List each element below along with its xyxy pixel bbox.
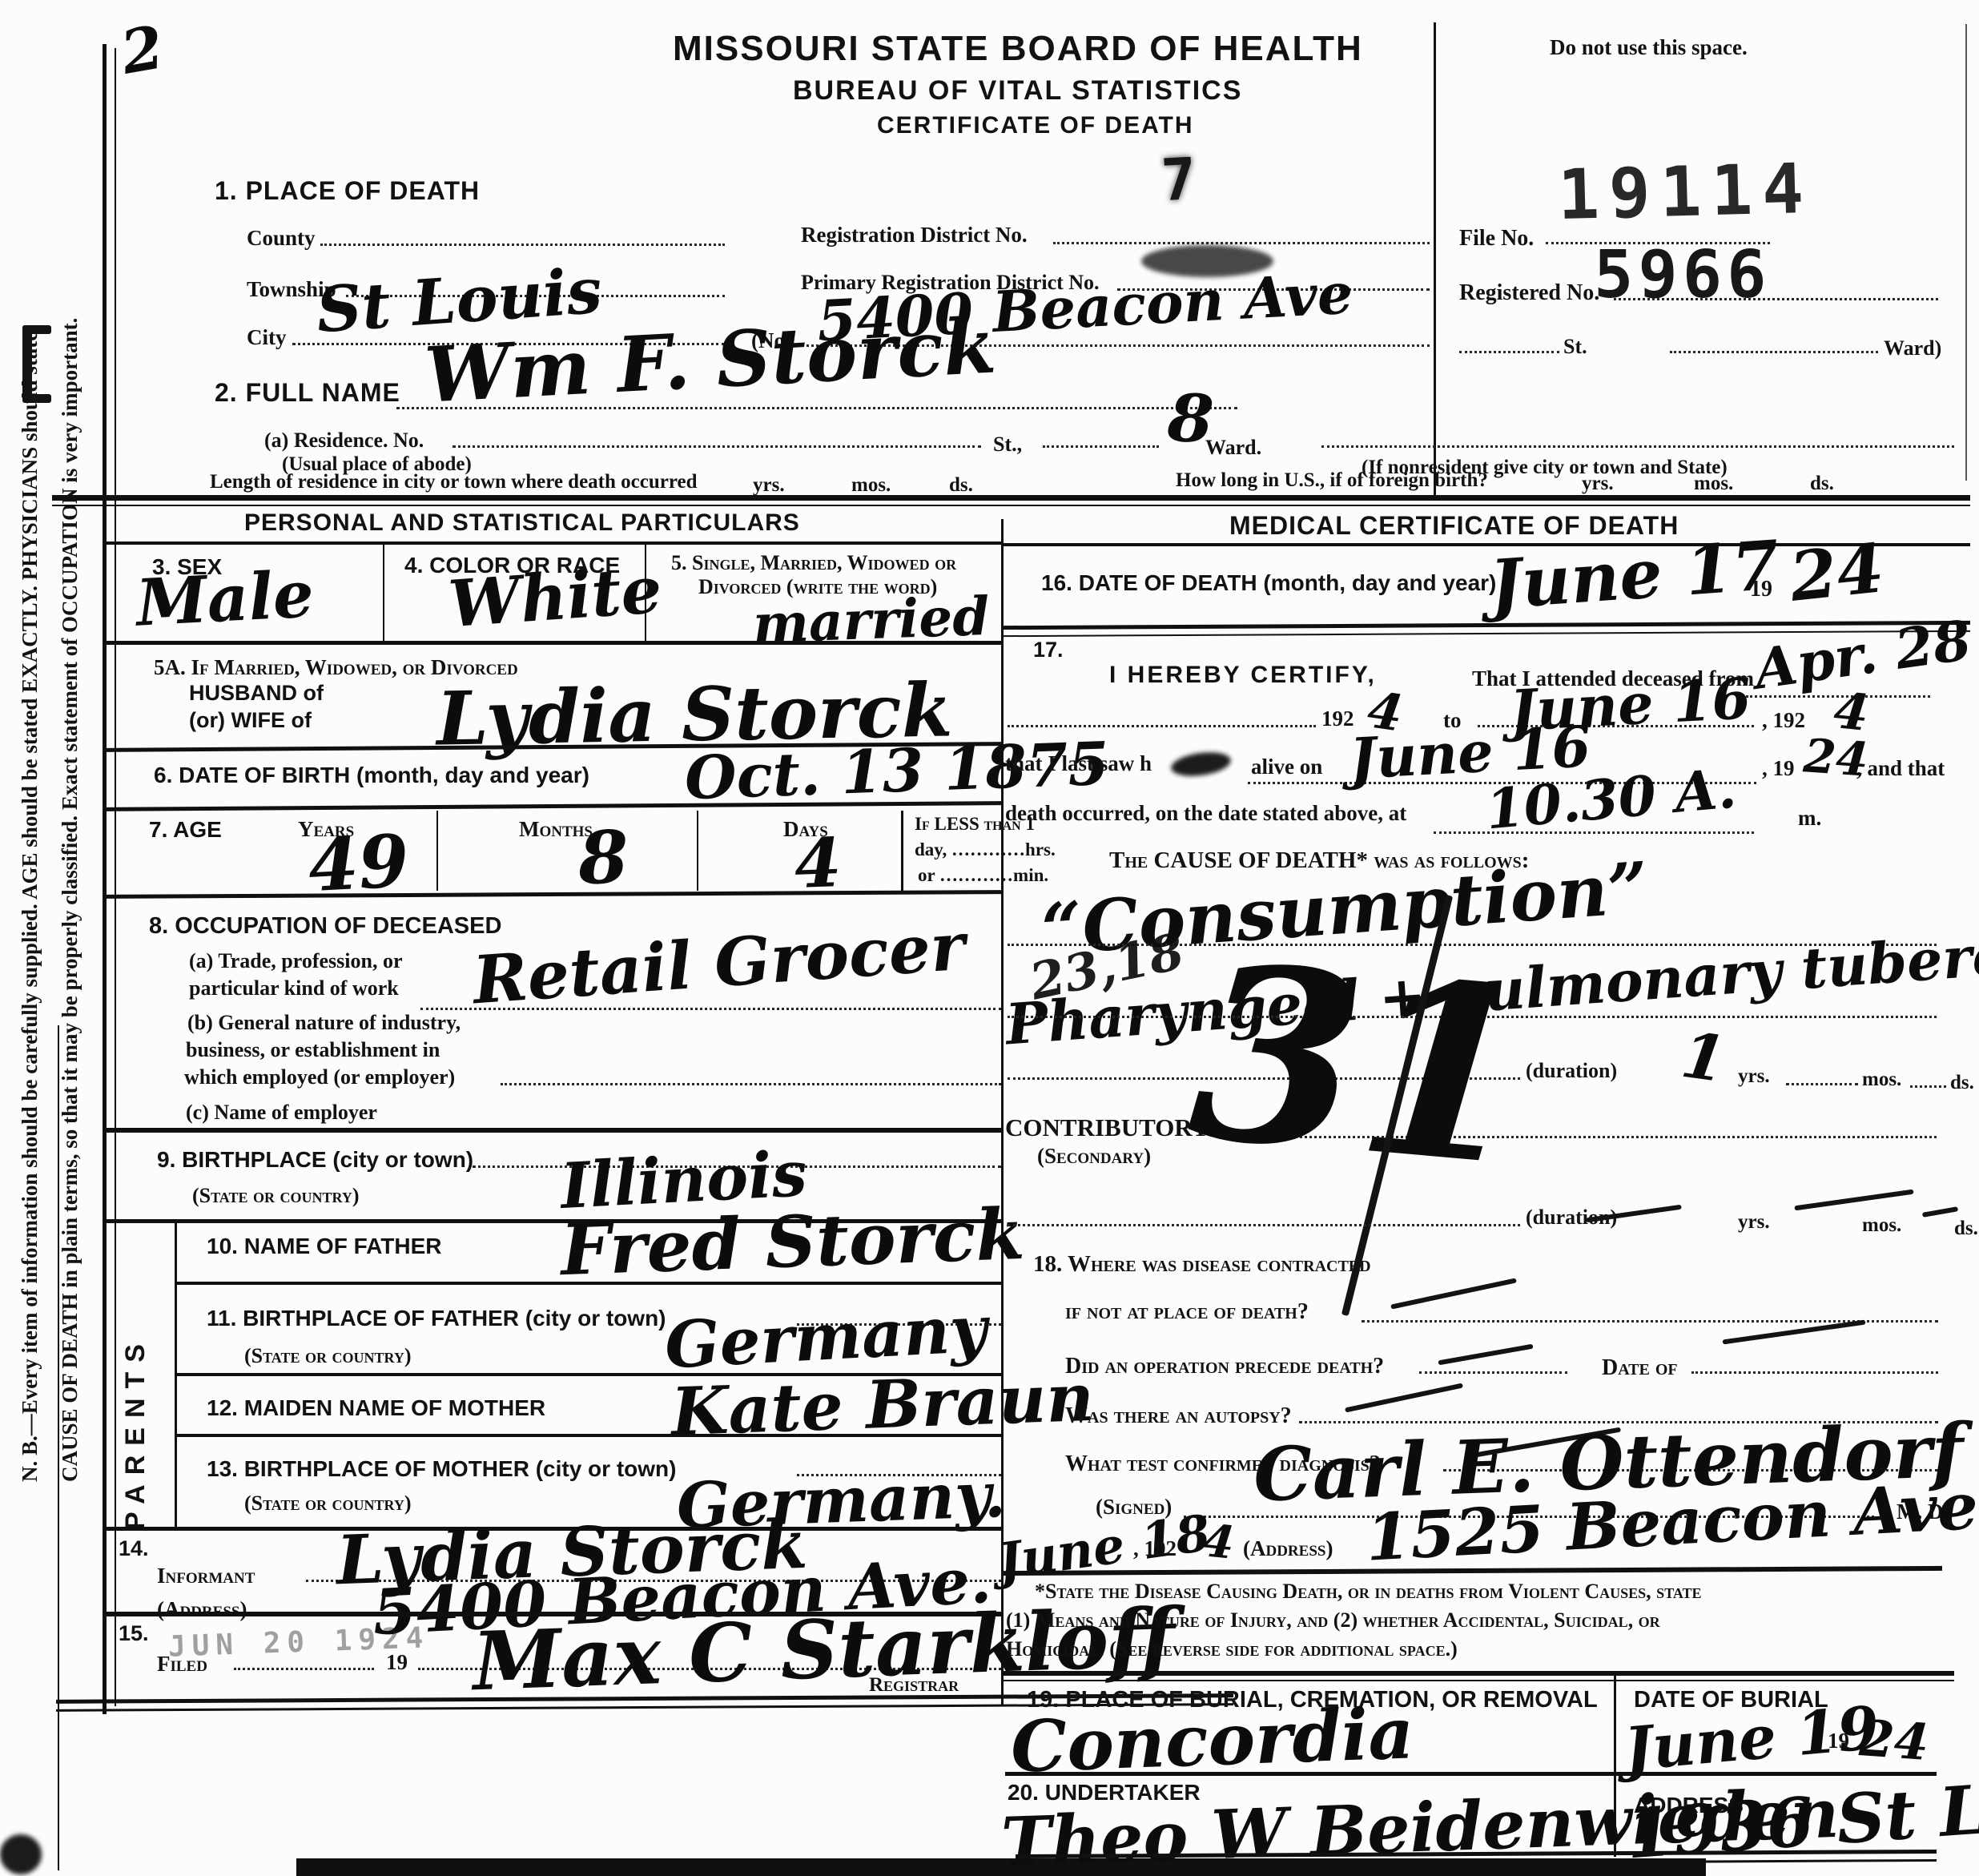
item15-number: 15.	[119, 1621, 149, 1646]
place-of-death-heading: 1. PLACE OF DEATH	[215, 176, 480, 206]
signed-192-label: , 192	[1133, 1536, 1177, 1561]
footnote-line1: *State the Disease Causing Death, or in …	[1035, 1580, 1702, 1604]
st-label: St.	[1563, 335, 1587, 359]
stamp-box-left-line	[1434, 22, 1436, 495]
contributory-scrawl: 31	[1184, 931, 1538, 1199]
filed-line1	[234, 1668, 374, 1670]
mother-birthplace-sub: (State or country)	[244, 1492, 412, 1516]
main-rule-thin	[52, 505, 1970, 506]
parents-label: PARENTS	[120, 1274, 151, 1530]
st-line	[1459, 351, 1559, 353]
do-not-use-label: Do not use this space.	[1550, 35, 1748, 60]
last-saw-label: that I last saw h	[1005, 751, 1152, 776]
certify-bold: I HEREBY CERTIFY,	[1109, 662, 1377, 689]
page-title: MISSOURI STATE BOARD OF HEALTH	[673, 29, 1363, 69]
footnote-rule-1	[1001, 1671, 1954, 1676]
length-residence-label: Length of residence in city or town wher…	[210, 471, 698, 493]
age-divider3	[901, 811, 903, 891]
spouse-label-2: HUSBAND of	[189, 681, 324, 706]
main-rule-thick	[52, 495, 1970, 501]
duration1-yrs-value: 1	[1677, 1019, 1730, 1097]
marital-label-1: 5. Single, Married, Widowed or	[671, 551, 956, 575]
file-number-stamp: 19114	[1557, 149, 1814, 236]
right-edge-line	[1965, 24, 1967, 481]
autopsy-label: Was there an autopsy?	[1065, 1403, 1292, 1429]
length-mos-label: mos.	[851, 474, 891, 497]
occupation-c-label: (c) Name of employer	[186, 1101, 377, 1125]
occupation-value: Retail Grocer	[470, 908, 967, 1020]
footnote-line2: (1) Means and Nature of Injury, and (2) …	[1006, 1608, 1660, 1632]
autopsy-dash	[1345, 1383, 1463, 1412]
m-label: m.	[1798, 806, 1821, 831]
date-of-dash	[1722, 1320, 1865, 1345]
age-divider1	[436, 811, 438, 891]
signed-address-label: (Address)	[1243, 1536, 1333, 1561]
residence-st-label: St.,	[993, 433, 1022, 457]
father-birthplace-label: 11. BIRTHPLACE OF FATHER (city or town)	[207, 1306, 666, 1331]
age-months-value: 8	[577, 815, 629, 901]
occupation-b-label2: business, or establishment in	[186, 1038, 440, 1062]
operation-label: Did an operation precede death?	[1065, 1354, 1384, 1379]
form-left-border-inner	[115, 48, 116, 1706]
sex-race-divider1	[383, 543, 384, 641]
duration2-dash-c	[1922, 1206, 1958, 1218]
occupation-a-label1: (a) Trade, profession, or	[189, 949, 403, 973]
certify-line2-a	[1008, 725, 1316, 727]
date-of-label: Date of	[1602, 1355, 1678, 1381]
filed-19-label: 19	[386, 1650, 408, 1675]
death-certificate-scan: N. B.—Every item of information should b…	[0, 0, 1979, 1876]
if-less-line2: day, …………hrs.	[915, 839, 1056, 860]
occupation-heading: 8. OCCUPATION OF DECEASED	[149, 913, 501, 940]
margin-note-line1: N. B.—Every item of information should b…	[18, 120, 42, 1482]
date-of-death-year: 24	[1786, 528, 1888, 617]
occupation-b-label3: which employed (or employer)	[184, 1065, 455, 1089]
registration-district-stamp: 7	[1160, 145, 1198, 214]
q18-label: 18. Where was disease contracted	[1033, 1251, 1371, 1278]
father-name-value: Fred Storck	[559, 1192, 1026, 1291]
birthplace-label: 9. BIRTHPLACE (city or town)	[157, 1147, 473, 1173]
scan-blot-bottom-left	[0, 1834, 42, 1874]
certificate-subtitle: CERTIFICATE OF DEATH	[877, 112, 1194, 139]
full-name-heading: 2. FULL NAME	[215, 378, 400, 408]
duration2-dash-b	[1794, 1190, 1913, 1211]
age-divider2	[697, 811, 698, 891]
registration-district-label: Registration District No.	[801, 223, 1028, 248]
age-label: 7. AGE	[149, 817, 222, 843]
file-no-label: File No.	[1459, 226, 1534, 252]
burial-year-value: 24	[1858, 1709, 1931, 1772]
registered-no-label: Registered No.	[1459, 280, 1599, 306]
year-19-c: , 19	[1762, 756, 1795, 781]
date-of-line	[1691, 1371, 1938, 1374]
date-of-death-19: 19	[1750, 577, 1772, 602]
signed-year-value: 4	[1201, 1514, 1237, 1570]
spouse-label-3: (or) WIFE of	[189, 708, 312, 733]
if-less-line3: or …………min.	[918, 865, 1048, 886]
duration2-ds-label: ds.	[1954, 1218, 1978, 1240]
city-label: City	[247, 325, 287, 350]
item14-number: 14.	[119, 1536, 149, 1561]
corner-pen-mark: 2	[116, 13, 169, 88]
secondary-label: (Secondary)	[1037, 1144, 1151, 1169]
burial-19-label: 19	[1828, 1729, 1849, 1753]
registered-no-line	[1614, 298, 1938, 300]
left-edge-line	[58, 1025, 59, 1870]
duration2-mos-label: mos.	[1862, 1214, 1901, 1237]
bureau-subtitle: BUREAU OF VITAL STATISTICS	[793, 75, 1242, 107]
mother-name-value: Kate Braun	[670, 1359, 1095, 1451]
length-yrs-label: yrs.	[753, 474, 785, 497]
duration1-mos-label: mos.	[1862, 1069, 1901, 1091]
occupation-b-line	[501, 1083, 1001, 1085]
residence-label: (a) Residence. No.	[264, 429, 424, 453]
alive-on-label: alive on	[1251, 755, 1322, 779]
duration1-label: (duration)	[1526, 1059, 1617, 1083]
ward-line	[1670, 351, 1878, 353]
date-of-death-label: 16. DATE OF DEATH (month, day and year)	[1041, 570, 1496, 596]
birthplace-sub-label: (State or country)	[192, 1184, 360, 1208]
burial-rule-left	[1005, 1772, 1614, 1776]
scan-artifact-bracket-side	[22, 325, 32, 402]
registration-district-line	[1053, 242, 1430, 244]
dob-label: 6. DATE OF BIRTH (month, day and year)	[154, 763, 589, 788]
us-mos-label: mos.	[1694, 473, 1733, 495]
registered-no-value: 5966	[1594, 237, 1771, 313]
ink-blot-him	[1169, 749, 1232, 779]
operation-dash	[1438, 1344, 1533, 1366]
informant-address-label: (Address)	[157, 1597, 247, 1622]
duration1-line-c	[1910, 1085, 1946, 1088]
mother-name-rule	[176, 1434, 1001, 1437]
death-occurred-label: death occurred, on the date stated above…	[1005, 801, 1406, 826]
sex-value: Male	[135, 556, 316, 640]
footnote-rule-2	[1001, 1680, 1954, 1681]
county-line	[320, 244, 725, 246]
duration2-yrs-label: yrs.	[1738, 1211, 1770, 1234]
residence-ward-line	[1043, 445, 1159, 448]
mother-birthplace-label: 13. BIRTHPLACE OF MOTHER (city or town)	[207, 1456, 676, 1482]
duration1-yrs-label: yrs.	[1738, 1065, 1770, 1088]
father-name-label: 10. NAME OF FATHER	[207, 1234, 442, 1259]
duration1-ds-label: ds.	[1950, 1072, 1974, 1094]
row345-rule	[104, 641, 1001, 645]
footnote-line3: Homicidal. (See reverse side for additio…	[1006, 1637, 1458, 1661]
item17-number: 17.	[1033, 638, 1064, 662]
duration1-line-b	[1786, 1083, 1858, 1085]
ward-paren-label: Ward)	[1884, 336, 1941, 360]
contributory-label: CONTRIBUTORY	[1005, 1113, 1209, 1142]
operation-line	[1419, 1371, 1567, 1374]
q18-dash	[1390, 1278, 1517, 1309]
margin-note-line2: CAUSE OF DEATH in plain terms, so that i…	[58, 120, 82, 1482]
informant-label: Informant	[157, 1564, 255, 1588]
form-left-border-outer	[103, 44, 107, 1714]
occupation-rule	[104, 1128, 1001, 1133]
nonresident-line	[1321, 445, 1954, 448]
registrar-label: Registrar	[869, 1674, 959, 1697]
race-value: White	[446, 552, 664, 642]
how-long-us-label: How long in U.S., if of foreign birth?	[1176, 469, 1488, 492]
father-name-rule	[176, 1282, 1001, 1285]
occupation-a-label2: particular kind of work	[189, 976, 399, 1000]
and-that-label: , and that	[1856, 756, 1945, 781]
residence-line	[453, 445, 981, 448]
scan-artifact-bracket-bottom	[22, 394, 51, 403]
personal-heading-rule	[104, 541, 1001, 545]
year-192-b: , 192	[1762, 708, 1805, 733]
father-birthplace-sub: (State or country)	[244, 1344, 412, 1368]
personal-heading: PERSONAL AND STATISTICAL PARTICULARS	[244, 509, 800, 537]
length-ds-label: ds.	[949, 474, 973, 497]
us-yrs-label: yrs.	[1582, 473, 1614, 495]
mother-name-label: 12. MAIDEN NAME OF MOTHER	[207, 1395, 545, 1421]
residence-ward-label: Ward.	[1205, 436, 1261, 460]
county-label: County	[247, 226, 316, 251]
age-rule	[104, 890, 1001, 899]
filed-label: Filed	[157, 1652, 207, 1677]
q18-sub-label: if not at place of death?	[1065, 1299, 1309, 1325]
occupation-b-label1: (b) General nature of industry,	[187, 1011, 461, 1035]
duration2-line	[1008, 1224, 1520, 1226]
us-ds-label: ds.	[1810, 473, 1834, 495]
